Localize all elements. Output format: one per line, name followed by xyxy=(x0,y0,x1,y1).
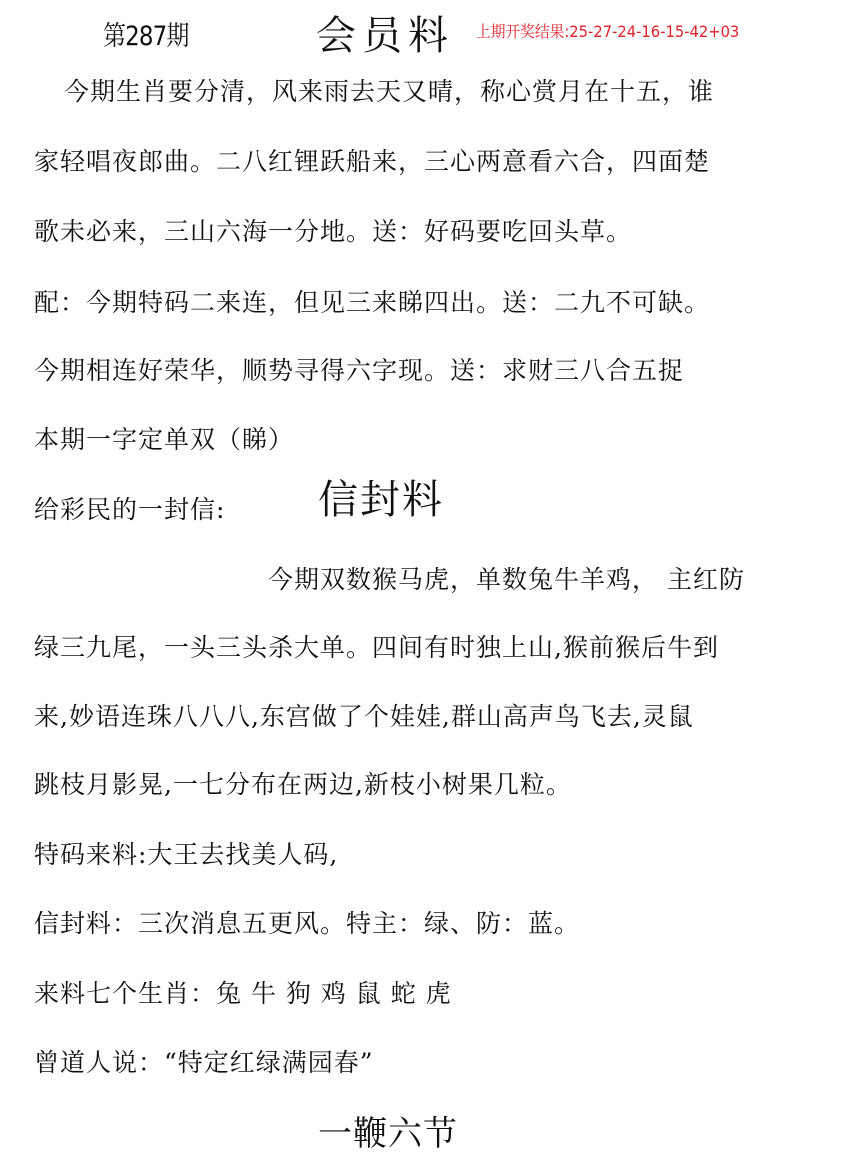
section1-line-1: 今期生肖要分清，风来雨去天又晴，称心赏月在十五，谁 xyxy=(64,72,714,108)
last-result: 上期开奖结果:25-27-24-16-15-42+03 xyxy=(476,19,739,42)
last-result-label: 上期开奖结果: xyxy=(476,22,569,41)
issue-number: 第287期 xyxy=(103,14,188,53)
letter-line-1: 今期双数猴马虎，单数兔牛羊鸡， 主红防 xyxy=(268,560,745,596)
extra-line-4: 曾道人说：“特定红绿满园春” xyxy=(34,1043,374,1079)
footer-title: 一鞭六节 xyxy=(318,1106,458,1155)
letter-line-2: 绿三九尾，一头三头杀大单。四间有时独上山,猴前猴后牛到 xyxy=(34,628,719,664)
section1-line-4: 配：今期特码二来连，但见三来睇四出。送：二九不可缺。 xyxy=(34,283,710,319)
letter-title: 信封料 xyxy=(318,468,444,525)
last-result-numbers: 25-27-24-16-15-42+03 xyxy=(569,22,739,41)
letter-line-4: 跳枝月影晃,一七分布在两边,新枝小树果几粒。 xyxy=(34,765,572,801)
extra-line-1: 特码来料:大王去找美人码, xyxy=(34,835,338,871)
page-title: 会员料 xyxy=(316,4,454,61)
section1-line-5: 今期相连好荣华，顺势寻得六字现。送：求财三八合五捉 xyxy=(34,351,684,387)
section1-line-6: 本期一字定单双（睇） xyxy=(34,420,294,456)
section1-line-2: 家轻唱夜郎曲。二八红锂跃船来，三心两意看六合，四面楚 xyxy=(34,142,710,178)
extra-line-2: 信封料：三次消息五更风。特主：绿、防：蓝。 xyxy=(34,904,580,940)
letter-label: 给彩民的一封信: xyxy=(34,490,225,526)
letter-line-3: 来,妙语连珠八八八,东宫做了个娃娃,群山高声鸟飞去,灵鼠 xyxy=(34,697,694,733)
section1-line-3: 歌未必来，三山六海一分地。送：好码要吃回头草。 xyxy=(34,212,632,248)
extra-line-3: 来料七个生肖：兔 牛 狗 鸡 鼠 蛇 虎 xyxy=(34,974,452,1010)
